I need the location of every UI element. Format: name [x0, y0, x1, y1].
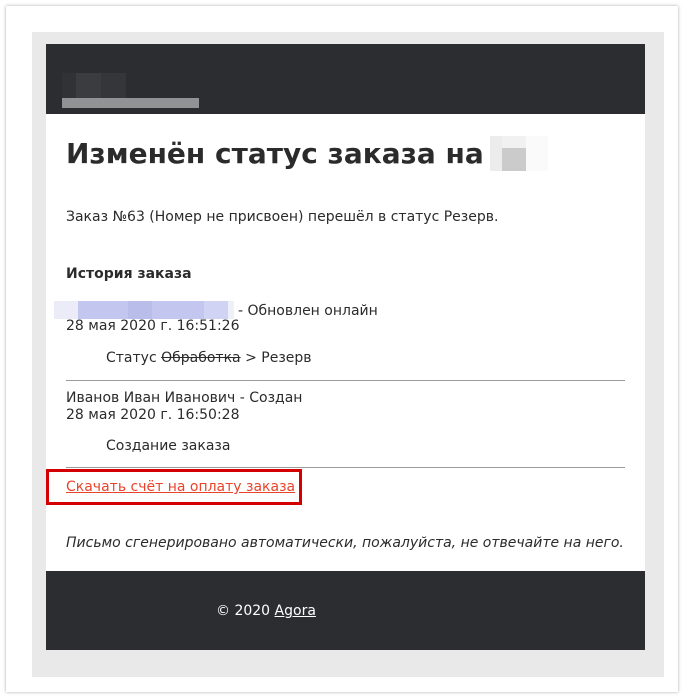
email-body: Изменён статус заказа на Заказ №63 (Номе… [46, 44, 645, 650]
copyright-text: © 2020 [216, 603, 270, 619]
auto-generated-notice: Письмо сгенерировано автоматически, пожа… [66, 535, 624, 552]
history-entry-2-action: - Создан [240, 390, 303, 406]
redacted-user [54, 301, 234, 319]
status-summary: Заказ №63 (Номер не присвоен) перешёл в … [66, 209, 498, 226]
history-entry-2-detail: Создание заказа [106, 438, 230, 455]
new-status: Резерв [261, 350, 311, 366]
history-entry-1-datetime: 28 мая 2020 г. 16:51:26 [66, 318, 240, 335]
history-entry-2-author: Иванов Иван Иванович [66, 390, 235, 406]
footer-copyright: © 2020 Agora [216, 603, 316, 619]
title-text: Изменён статус заказа на [66, 137, 484, 170]
page-title: Изменён статус заказа на [66, 136, 548, 171]
redacted-logo-text [62, 98, 199, 108]
history-entry-2-header: Иванов Иван Иванович - Создан [66, 390, 302, 407]
brand-link[interactable]: Agora [275, 603, 316, 619]
status-label: Статус [106, 350, 157, 366]
history-entry-2-datetime: 28 мая 2020 г. 16:50:28 [66, 407, 240, 424]
history-entry-1-detail: Статус Обработка > Резерв [106, 350, 312, 367]
divider [66, 467, 625, 468]
old-status: Обработка [161, 350, 241, 366]
divider [66, 380, 625, 381]
redacted-logo-icon [62, 73, 126, 98]
history-heading: История заказа [66, 266, 192, 283]
arrow: > [245, 350, 257, 366]
download-invoice-link[interactable]: Скачать счёт на оплату заказа [66, 479, 295, 495]
history-entry-1-action: - Обновлен онлайн [238, 303, 378, 319]
email-header [46, 44, 645, 114]
download-invoice-container: Скачать счёт на оплату заказа [66, 479, 295, 496]
email-footer: © 2020 Agora [46, 571, 645, 650]
redacted-status [490, 136, 548, 171]
